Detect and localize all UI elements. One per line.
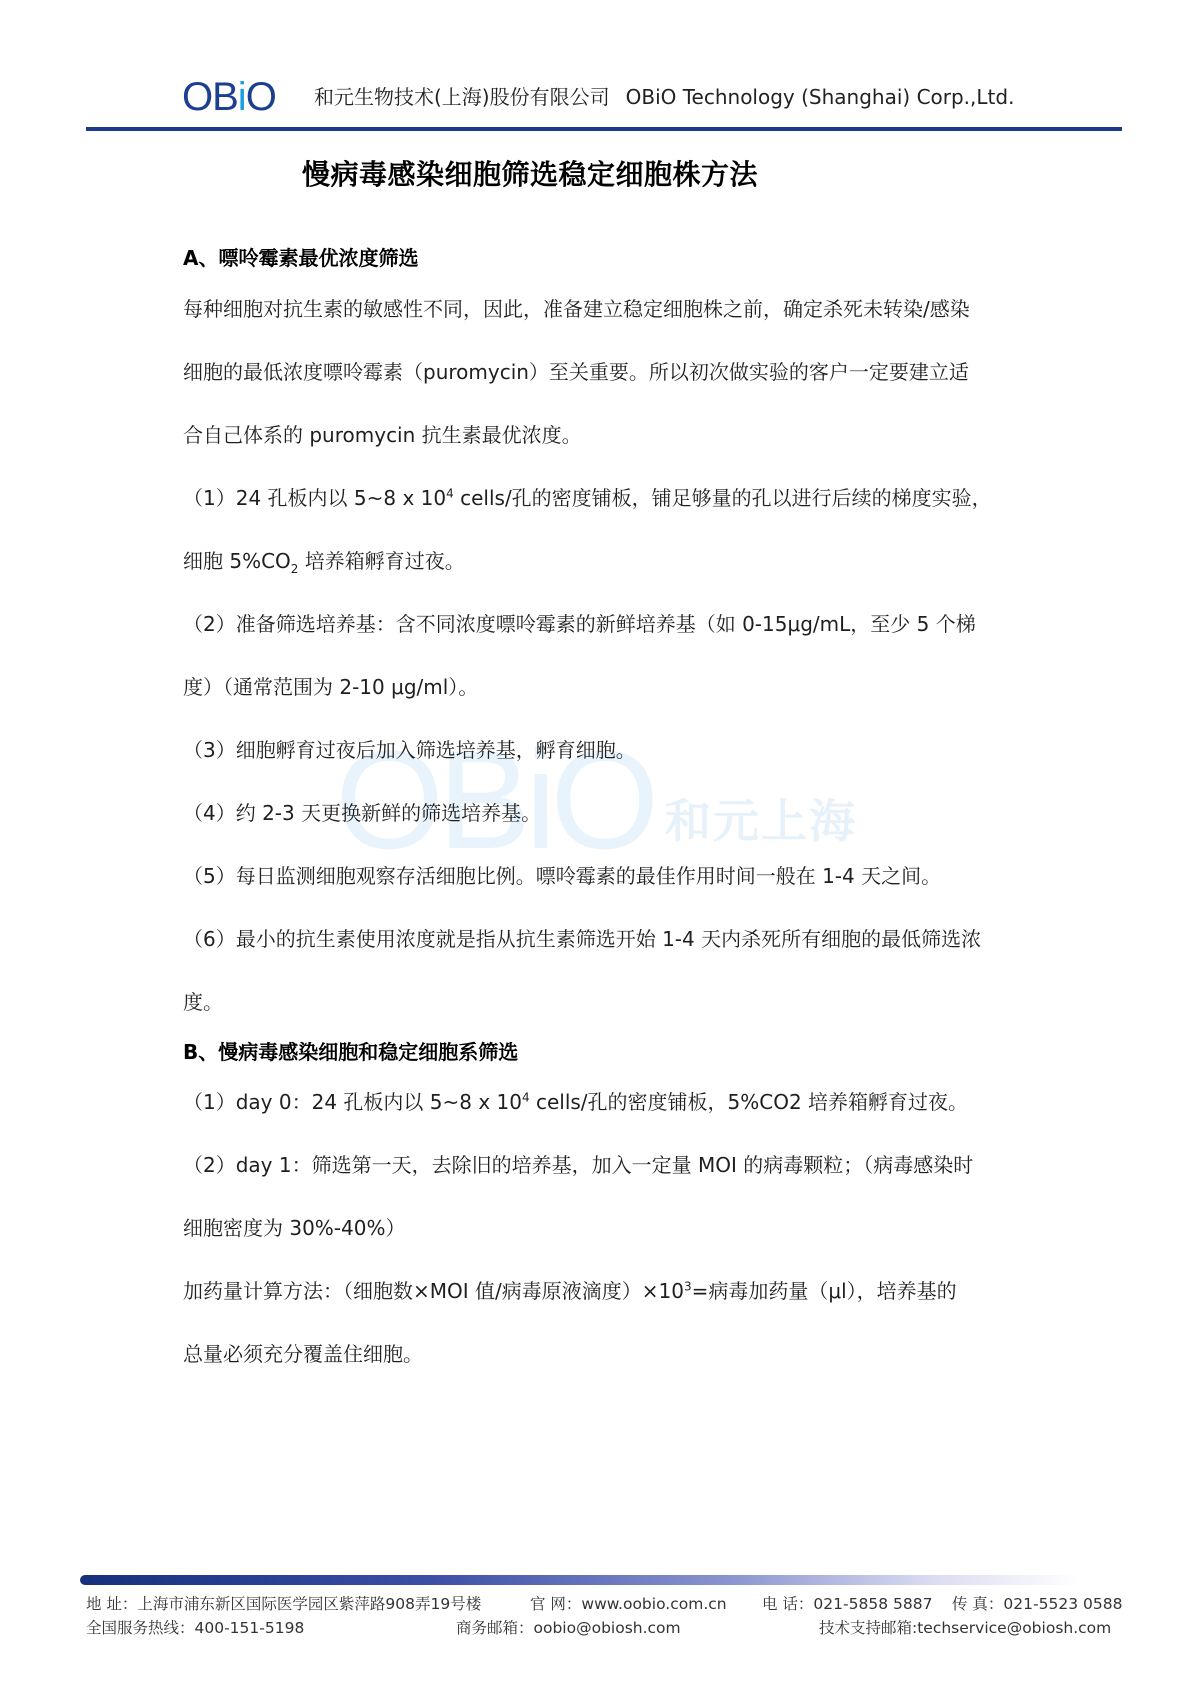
- section-a-step-6-line-1: （6）最小的抗生素使用浓度就是指从抗生素筛选开始 1-4 天内杀死所有细胞的最低…: [183, 924, 981, 954]
- footer-row-2: 全国服务热线：400-151-5198 商务邮箱：oobio@obiosh.co…: [86, 1616, 1126, 1640]
- formula-text: =病毒加药量（μl），培养基的: [692, 1279, 957, 1303]
- step-text: （1）day 0：24 孔板内以 5~8 x 10: [183, 1090, 522, 1114]
- page-footer: 地 址：上海市浦东新区国际医学园区紫萍路908弄19号楼 官 网：www.oob…: [86, 1592, 1126, 1640]
- section-a-step-2-line-1: （2）准备筛选培养基：含不同浓度嘌呤霉素的新鲜培养基（如 0-15μg/mL，至…: [183, 609, 976, 639]
- section-a-step-2-line-2: 度）（通常范围为 2-10 μg/ml）。: [183, 672, 478, 702]
- superscript: 4: [446, 486, 454, 500]
- obio-logo: OBiO: [182, 72, 276, 122]
- superscript: 3: [684, 1279, 692, 1293]
- section-b-step-2-line-1: （2）day 1：筛选第一天，去除旧的培养基，加入一定量 MOI 的病毒颗粒；（…: [183, 1150, 973, 1180]
- section-b-step-2-line-2: 细胞密度为 30%-40%）: [183, 1213, 405, 1243]
- section-a-step-6-line-2: 度。: [183, 987, 223, 1017]
- watermark-text: 和元上海: [665, 785, 857, 851]
- header-divider: [86, 127, 1122, 131]
- document-title: 慢病毒感染细胞筛选稳定细胞株方法: [302, 155, 758, 195]
- footer-business-email[interactable]: 商务邮箱：oobio@obiosh.com: [456, 1616, 681, 1640]
- dosage-formula-line-1: 加药量计算方法：（细胞数×MOI 值/病毒原液滴度）×103=病毒加药量（μl）…: [183, 1276, 957, 1306]
- section-a-paragraph-line-3: 合自己体系的 puromycin 抗生素最优浓度。: [183, 420, 582, 450]
- page-header: OBiO 和元生物技术(上海)股份有限公司OBiO Technology (Sh…: [0, 0, 1200, 140]
- footer-phone: 电 话：021-5858 5887: [762, 1592, 932, 1616]
- section-a-step-5: （5）每日监测细胞观察存活细胞比例。嘌呤霉素的最佳作用时间一般在 1-4 天之间…: [183, 861, 941, 891]
- step-text: （1）24 孔板内以 5~8 x 10: [183, 486, 446, 510]
- section-a-paragraph-line-1: 每种细胞对抗生素的敏感性不同，因此，准备建立稳定细胞株之前，确定杀死未转染/感染: [183, 294, 970, 324]
- formula-text: 加药量计算方法：（细胞数×MOI 值/病毒原液滴度）×10: [183, 1279, 684, 1303]
- footer-support-email[interactable]: 技术支持邮箱:techservice@obiosh.com: [819, 1616, 1111, 1640]
- footer-fax: 传 真：021-5523 0588: [952, 1592, 1122, 1616]
- footer-row-1: 地 址：上海市浦东新区国际医学园区紫萍路908弄19号楼 官 网：www.oob…: [86, 1592, 1126, 1616]
- footer-website[interactable]: 官 网：www.oobio.com.cn: [530, 1592, 727, 1616]
- section-a-step-4: （4）约 2-3 天更换新鲜的筛选培养基。: [183, 798, 541, 828]
- step-text: 细胞 5%CO: [183, 549, 291, 573]
- footer-divider: [80, 1575, 1080, 1585]
- footer-hotline: 全国服务热线：400-151-5198: [86, 1616, 304, 1640]
- step-text: cells/孔的密度铺板，5%CO2 培养箱孵育过夜。: [530, 1090, 968, 1114]
- step-text: 培养箱孵育过夜。: [298, 549, 464, 573]
- logo-text-suffix: O: [246, 75, 276, 119]
- company-name-en: OBiO Technology (Shanghai) Corp.,Ltd.: [626, 85, 1015, 109]
- superscript: 4: [522, 1090, 530, 1104]
- step-text: cells/孔的密度铺板，铺足够量的孔以进行后续的梯度实验，: [454, 486, 992, 510]
- logo-text-prefix: OB: [182, 75, 238, 119]
- company-name: 和元生物技术(上海)股份有限公司OBiO Technology (Shangha…: [314, 82, 1014, 112]
- company-name-cn: 和元生物技术(上海)股份有限公司: [314, 85, 610, 109]
- logo-text-i: i: [238, 75, 246, 119]
- section-b-step-1: （1）day 0：24 孔板内以 5~8 x 104 cells/孔的密度铺板，…: [183, 1087, 968, 1117]
- section-a-step-1-line-2: 细胞 5%CO2 培养箱孵育过夜。: [183, 546, 465, 576]
- section-a-step-1-line-1: （1）24 孔板内以 5~8 x 104 cells/孔的密度铺板，铺足够量的孔…: [183, 483, 992, 513]
- section-a-paragraph-line-2: 细胞的最低浓度嘌呤霉素（puromycin）至关重要。所以初次做实验的客户一定要…: [183, 357, 969, 387]
- dosage-formula-line-2: 总量必须充分覆盖住细胞。: [183, 1339, 423, 1369]
- section-b-heading: B、慢病毒感染细胞和稳定细胞系筛选: [183, 1037, 518, 1067]
- section-a-heading: A、嘌呤霉素最优浓度筛选: [183, 243, 418, 273]
- footer-address: 地 址：上海市浦东新区国际医学园区紫萍路908弄19号楼: [86, 1592, 481, 1616]
- section-a-step-3: （3）细胞孵育过夜后加入筛选培养基，孵育细胞。: [183, 735, 636, 765]
